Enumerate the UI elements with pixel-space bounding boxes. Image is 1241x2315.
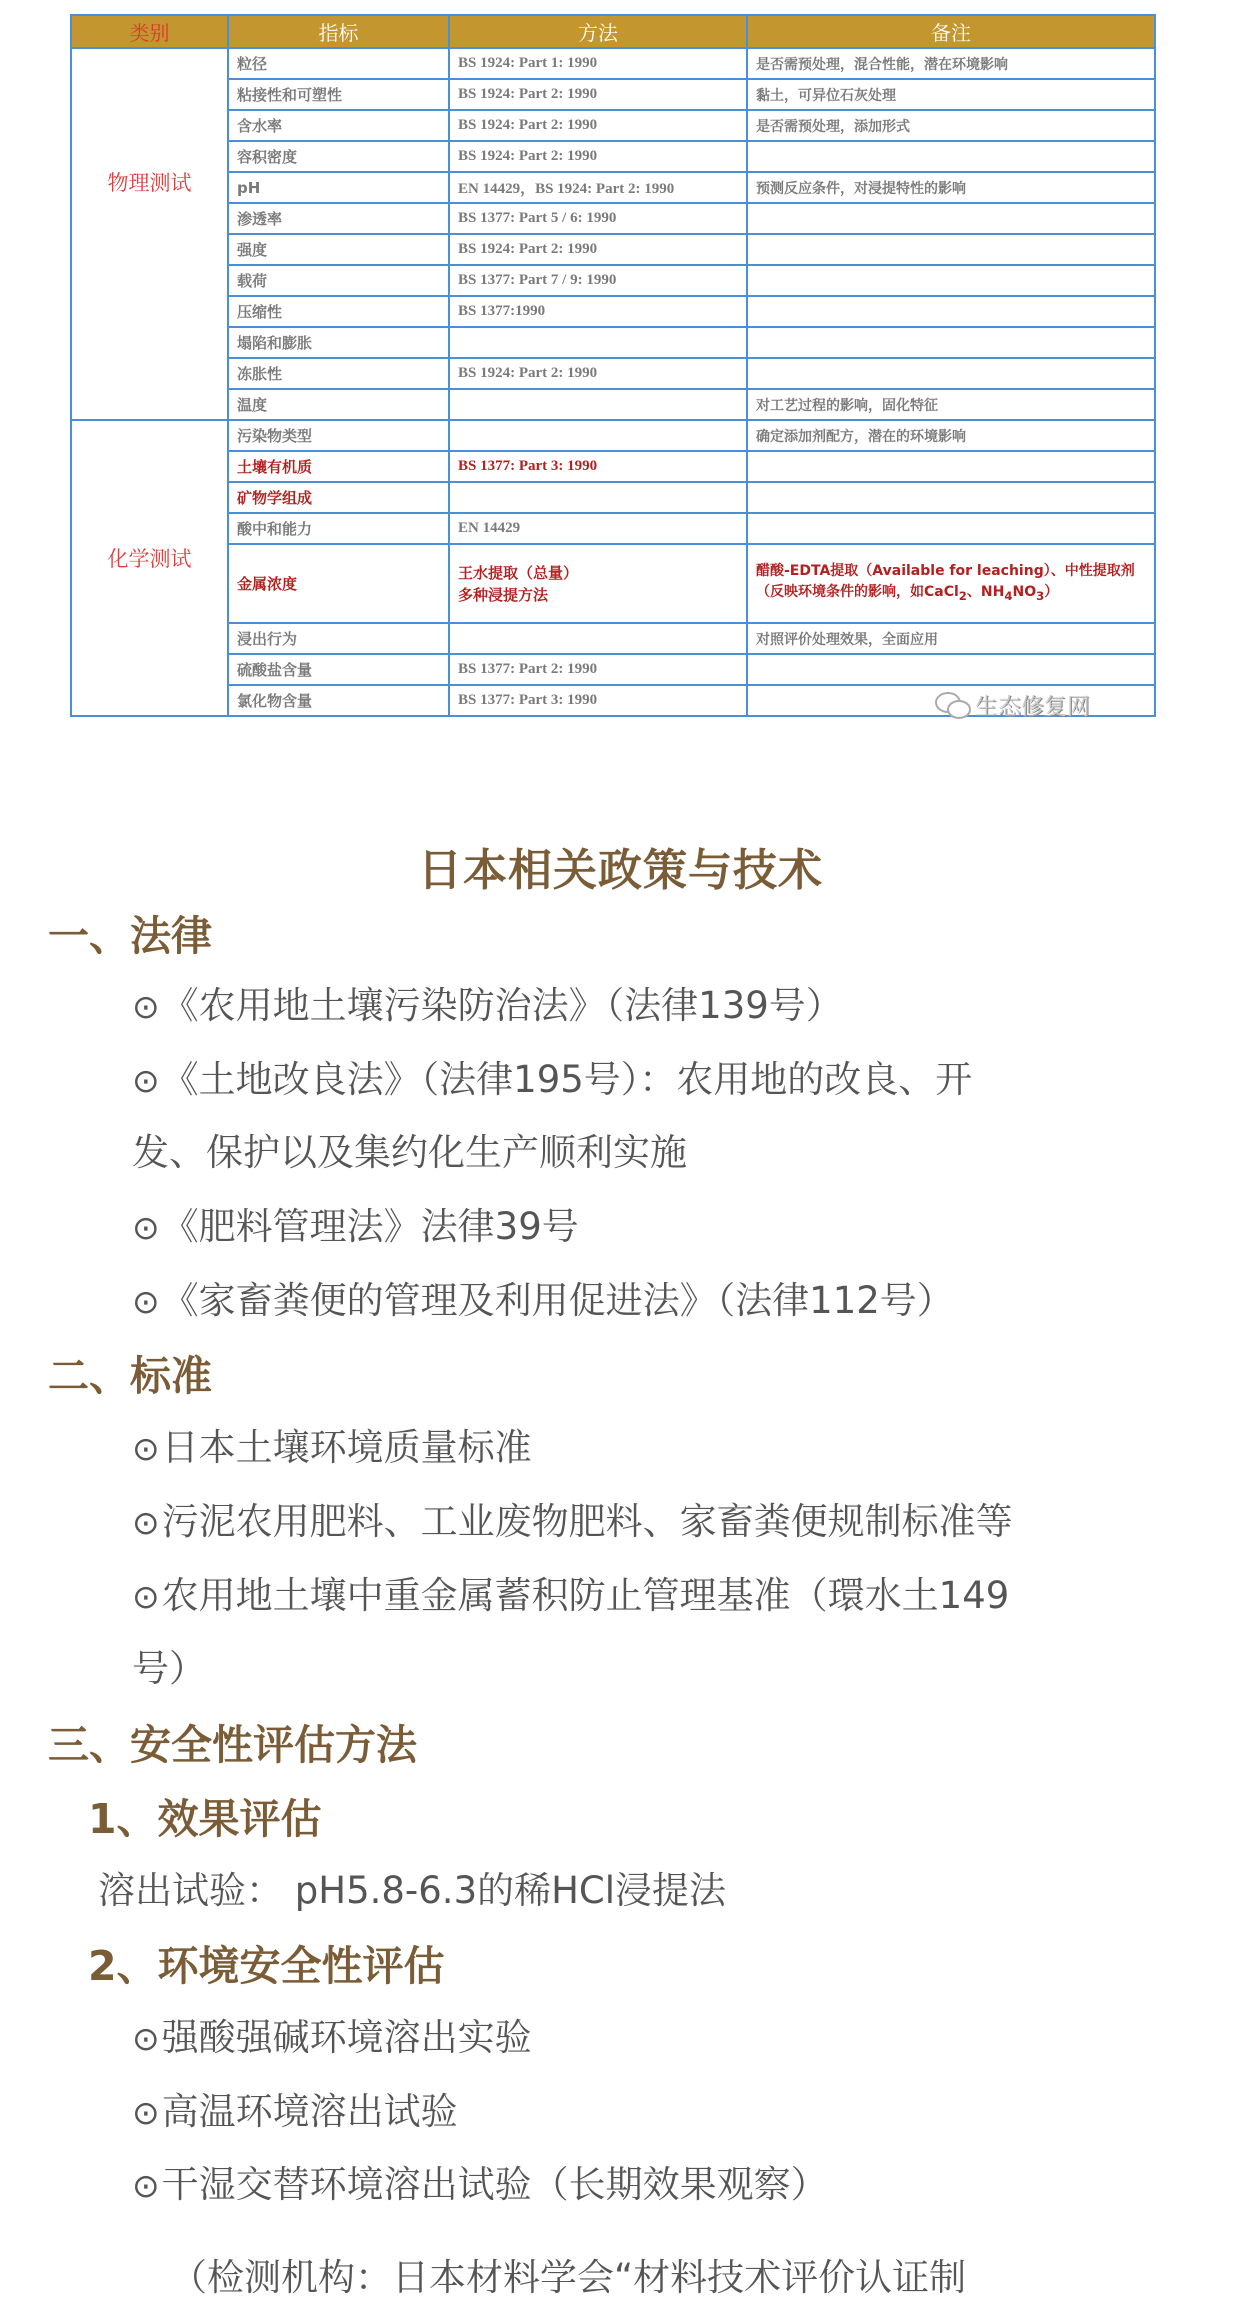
method-line: 王水提取（总量） bbox=[458, 562, 746, 584]
list-item: ⊙日本土壤环境质量标准 bbox=[132, 1417, 532, 1471]
section-heading-standards: 二、标准 bbox=[48, 1343, 212, 1402]
method-cell: EN 14429，BS 1924: Part 2: 1990 bbox=[449, 172, 747, 203]
note-cell: 黏土，可异位石灰处理 bbox=[747, 79, 1155, 110]
table-header-row: 类别 指标 方法 备注 bbox=[71, 15, 1155, 48]
table-row: 化学测试 污染物类型 确定添加剂配方，潜在的环境影响 bbox=[71, 420, 1155, 451]
note-cell bbox=[747, 358, 1155, 389]
note-cell bbox=[747, 451, 1155, 482]
bullet-icon: ⊙ bbox=[132, 2019, 160, 2058]
table-row: 含水率 BS 1924: Part 2: 1990 是否需预处理，添加形式 bbox=[71, 110, 1155, 141]
bullet-icon: ⊙ bbox=[132, 1208, 160, 1247]
bullet-icon: ⊙ bbox=[132, 987, 160, 1026]
indicator-cell: 污染物类型 bbox=[228, 420, 449, 451]
bullet-icon: ⊙ bbox=[132, 2166, 160, 2205]
note-cell: 是否需预处理，添加形式 bbox=[747, 110, 1155, 141]
method-cell bbox=[449, 327, 747, 358]
note-cell bbox=[747, 654, 1155, 685]
indicator-cell-highlight: 金属浓度 bbox=[228, 544, 449, 623]
header-category: 类别 bbox=[71, 15, 228, 48]
table-row: 温度 对工艺过程的影响，固化特征 bbox=[71, 389, 1155, 420]
list-item: ⊙《农用地土壤污染防治法》（法律139号） bbox=[132, 975, 843, 1029]
bullet-icon: ⊙ bbox=[132, 1429, 160, 1468]
bullet-icon: ⊙ bbox=[132, 1061, 160, 1100]
indicator-cell: 强度 bbox=[228, 234, 449, 265]
indicator-cell: 酸中和能力 bbox=[228, 513, 449, 544]
table-row: 矿物学组成 bbox=[71, 482, 1155, 513]
method-cell: EN 14429 bbox=[449, 513, 747, 544]
method-cell: BS 1924: Part 2: 1990 bbox=[449, 110, 747, 141]
bullet-icon: ⊙ bbox=[132, 1282, 160, 1321]
indicator-cell: 含水率 bbox=[228, 110, 449, 141]
method-cell bbox=[449, 389, 747, 420]
method-cell bbox=[449, 482, 747, 513]
note-cell bbox=[747, 327, 1155, 358]
note-cell bbox=[747, 203, 1155, 234]
list-item: ⊙高温环境溶出试验 bbox=[132, 2081, 458, 2135]
list-item: ⊙《肥料管理法》法律39号 bbox=[132, 1196, 579, 1250]
subsection-heading-env-safety: 2、环境安全性评估 bbox=[88, 1933, 445, 1992]
table-row: 硫酸盐含量 BS 1377: Part 2: 1990 bbox=[71, 654, 1155, 685]
note-cell bbox=[747, 265, 1155, 296]
indicator-cell: 氯化物含量 bbox=[228, 685, 449, 716]
method-cell: BS 1924: Part 2: 1990 bbox=[449, 79, 747, 110]
table-row: 金属浓度 王水提取（总量） 多种浸提方法 醋酸-EDTA提取（Available… bbox=[71, 544, 1155, 623]
page-title: 日本相关政策与技术 bbox=[0, 834, 1241, 898]
table-row: 酸中和能力 EN 14429 bbox=[71, 513, 1155, 544]
table-row: 压缩性 BS 1377:1990 bbox=[71, 296, 1155, 327]
method-cell bbox=[449, 420, 747, 451]
table-row: 浸出行为 对照评价处理效果，全面应用 bbox=[71, 623, 1155, 654]
method-cell: BS 1924: Part 2: 1990 bbox=[449, 141, 747, 172]
indicator-cell: pH bbox=[228, 172, 449, 203]
indicator-cell: 渗透率 bbox=[228, 203, 449, 234]
note-cell bbox=[747, 482, 1155, 513]
method-cell: BS 1924: Part 2: 1990 bbox=[449, 358, 747, 389]
note-cell bbox=[747, 513, 1155, 544]
note-cell-highlight: 醋酸-EDTA提取（Available for leaching）、中性提取剂（… bbox=[747, 544, 1155, 623]
indicator-cell: 塌陷和膨胀 bbox=[228, 327, 449, 358]
method-line: 多种浸提方法 bbox=[458, 584, 746, 606]
bullet-icon: ⊙ bbox=[132, 2093, 160, 2132]
method-cell: BS 1377: Part 3: 1990 bbox=[449, 685, 747, 716]
method-cell bbox=[449, 623, 747, 654]
table-row: 塌陷和膨胀 bbox=[71, 327, 1155, 358]
paragraph-trailing: （检测机构：日本材料学会“材料技术评价认证制 bbox=[170, 2247, 966, 2301]
method-cell: BS 1924: Part 2: 1990 bbox=[449, 234, 747, 265]
table-row: 粘接性和可塑性 BS 1924: Part 2: 1990 黏土，可异位石灰处理 bbox=[71, 79, 1155, 110]
indicator-cell: 粒径 bbox=[228, 48, 449, 79]
header-indicator: 指标 bbox=[228, 15, 449, 48]
header-note: 备注 bbox=[747, 15, 1155, 48]
note-cell: 确定添加剂配方，潜在的环境影响 bbox=[747, 420, 1155, 451]
header-method: 方法 bbox=[449, 15, 747, 48]
list-item-continuation: 号） bbox=[132, 1638, 206, 1692]
list-item: ⊙干湿交替环境溶出试验（长期效果观察） bbox=[132, 2154, 828, 2208]
list-item: ⊙农用地土壤中重金属蓄积防止管理基准（環水土149 bbox=[132, 1565, 1009, 1619]
note-cell: 是否需预处理，混合性能，潜在环境影响 bbox=[747, 48, 1155, 79]
standards-table-container: 类别 指标 方法 备注 物理测试 粒径 BS 1924: Part 1: 199… bbox=[70, 14, 1154, 717]
method-cell-highlight: 王水提取（总量） 多种浸提方法 bbox=[449, 544, 747, 623]
note-cell bbox=[747, 141, 1155, 172]
indicator-cell: 载荷 bbox=[228, 265, 449, 296]
indicator-cell: 硫酸盐含量 bbox=[228, 654, 449, 685]
table-row: 冻胀性 BS 1924: Part 2: 1990 bbox=[71, 358, 1155, 389]
table-row: 强度 BS 1924: Part 2: 1990 bbox=[71, 234, 1155, 265]
indicator-cell: 浸出行为 bbox=[228, 623, 449, 654]
note-cell: 预测反应条件，对浸提特性的影响 bbox=[747, 172, 1155, 203]
indicator-cell-highlight: 矿物学组成 bbox=[228, 482, 449, 513]
indicator-cell: 冻胀性 bbox=[228, 358, 449, 389]
watermark: 生态修复网 bbox=[935, 688, 1090, 721]
table-row: 载荷 BS 1377: Part 7 / 9: 1990 bbox=[71, 265, 1155, 296]
method-cell: BS 1377: Part 7 / 9: 1990 bbox=[449, 265, 747, 296]
indicator-cell-highlight: 土壤有机质 bbox=[228, 451, 449, 482]
indicator-cell: 温度 bbox=[228, 389, 449, 420]
method-cell-highlight: BS 1377: Part 3: 1990 bbox=[449, 451, 747, 482]
list-item: ⊙污泥农用肥料、工业废物肥料、家畜粪便规制标准等 bbox=[132, 1491, 1013, 1545]
note-cell bbox=[747, 296, 1155, 327]
note-cell: 对工艺过程的影响，固化特征 bbox=[747, 389, 1155, 420]
table-row: 渗透率 BS 1377: Part 5 / 6: 1990 bbox=[71, 203, 1155, 234]
standards-table: 类别 指标 方法 备注 物理测试 粒径 BS 1924: Part 1: 199… bbox=[70, 14, 1156, 717]
list-item: ⊙强酸强碱环境溶出实验 bbox=[132, 2007, 532, 2061]
list-item-continuation: 发、保护以及集约化生产顺利实施 bbox=[132, 1122, 687, 1176]
paragraph: 溶出试验： pH5.8-6.3的稀HCl浸提法 bbox=[98, 1860, 726, 1914]
subsection-heading-effect: 1、效果评估 bbox=[88, 1786, 322, 1845]
table-row: 容积密度 BS 1924: Part 2: 1990 bbox=[71, 141, 1155, 172]
table-row: 土壤有机质 BS 1377: Part 3: 1990 bbox=[71, 451, 1155, 482]
section-heading-law: 一、法律 bbox=[48, 903, 212, 962]
category-chemical: 化学测试 bbox=[71, 420, 228, 716]
indicator-cell: 粘接性和可塑性 bbox=[228, 79, 449, 110]
method-cell: BS 1377: Part 5 / 6: 1990 bbox=[449, 203, 747, 234]
indicator-cell: 容积密度 bbox=[228, 141, 449, 172]
list-item: ⊙《土地改良法》（法律195号）：农用地的改良、开 bbox=[132, 1049, 972, 1103]
category-physical: 物理测试 bbox=[71, 48, 228, 420]
note-cell bbox=[747, 234, 1155, 265]
indicator-cell: 压缩性 bbox=[228, 296, 449, 327]
method-cell: BS 1924: Part 1: 1990 bbox=[449, 48, 747, 79]
bullet-icon: ⊙ bbox=[132, 1577, 160, 1616]
method-cell: BS 1377: Part 2: 1990 bbox=[449, 654, 747, 685]
watermark-text: 生态修复网 bbox=[975, 688, 1090, 721]
wechat-icon bbox=[935, 692, 969, 718]
table-row: 物理测试 粒径 BS 1924: Part 1: 1990 是否需预处理，混合性… bbox=[71, 48, 1155, 79]
bullet-icon: ⊙ bbox=[132, 1503, 160, 1542]
list-item: ⊙《家畜粪便的管理及利用促进法》（法律112号） bbox=[132, 1270, 954, 1324]
method-cell: BS 1377:1990 bbox=[449, 296, 747, 327]
table-row: pH EN 14429，BS 1924: Part 2: 1990 预测反应条件… bbox=[71, 172, 1155, 203]
section-heading-safety: 三、安全性评估方法 bbox=[48, 1712, 417, 1771]
note-cell: 对照评价处理效果，全面应用 bbox=[747, 623, 1155, 654]
